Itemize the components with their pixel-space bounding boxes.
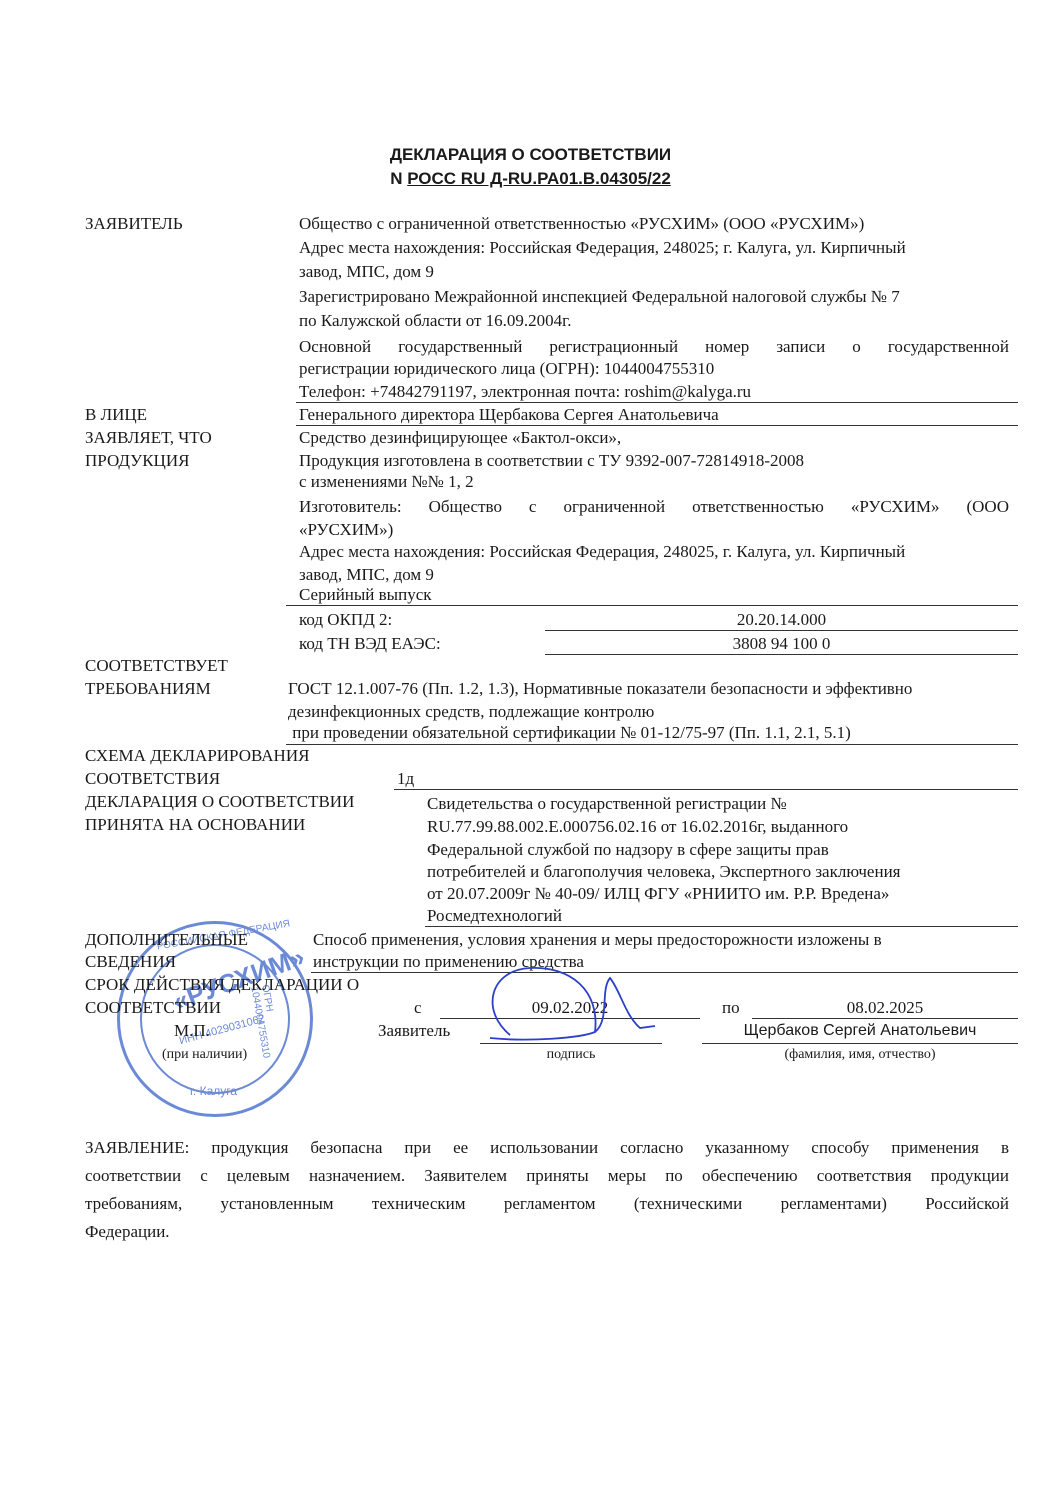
signer-line <box>702 1043 1018 1044</box>
represented-by-value: Генерального директора Щербакова Сергея … <box>299 405 719 425</box>
additional-label-line: ДОПОЛНИТЕЛЬНЫЕ <box>85 930 248 950</box>
valid-to-date: 08.02.2025 <box>752 998 1018 1018</box>
company-seal: РОССИЙСКАЯ ФЕДЕРАЦИЯ ОГРН 1044004755310 … <box>117 921 313 1117</box>
number-value: РОСС RU Д-RU.РА01.В.04305/22 <box>407 169 671 188</box>
okpd-label: код ОКПД 2: <box>299 610 392 630</box>
additional-line: Способ применения, условия хранения и ме… <box>313 930 882 950</box>
okpd-value: 20.20.14.000 <box>545 610 1018 630</box>
product-line: «РУСХИМ») <box>299 520 393 540</box>
signer-name: Щербаков Сергей Анатольевич <box>702 1021 1018 1041</box>
additional-label-line: СВЕДЕНИЯ <box>85 952 176 972</box>
requirements-line: при проведении обязательной сертификации… <box>288 723 851 743</box>
statement-line: ЗАЯВЛЕНИЕ: продукция безопасна при ее ис… <box>85 1138 1009 1158</box>
scheme-value: 1д <box>397 769 414 789</box>
requirements-label-line: СООТВЕТСТВУЕТ <box>85 656 228 676</box>
applicant-line: по Калужской области от 16.09.2004г. <box>299 311 571 331</box>
requirements-line: ГОСТ 12.1.007-76 (Пп. 1.2, 1.3), Нормати… <box>288 679 912 699</box>
divider <box>286 744 1018 745</box>
applicant-label: ЗАЯВИТЕЛЬ <box>85 214 183 234</box>
divider <box>296 425 1018 426</box>
applicant-line: Телефон: +74842791197, электронная почта… <box>299 382 751 402</box>
basis-line: Федеральной службой по надзору в сфере з… <box>427 840 829 860</box>
divider <box>296 402 1018 403</box>
validity-label-line: СРОК ДЕЙСТВИЯ ДЕКЛАРАЦИИ О <box>85 975 359 995</box>
divider <box>545 630 1018 631</box>
statement-line: Федерации. <box>85 1222 170 1242</box>
document-title: ДЕКЛАРАЦИЯ О СООТВЕТСТВИИ <box>0 143 1061 167</box>
product-line: завод, МПС, дом 9 <box>299 565 434 585</box>
basis-line: Росмедтехнологий <box>427 906 562 926</box>
tnved-value: 3808 94 100 0 <box>545 634 1018 654</box>
product-label-line: ПРОДУКЦИЯ <box>85 451 189 471</box>
represented-by-label: В ЛИЦЕ <box>85 405 147 425</box>
divider <box>425 926 1018 927</box>
stamp-label: М.П. <box>174 1021 210 1041</box>
applicant-line: Общество с ограниченной ответственностью… <box>299 214 864 234</box>
divider <box>545 654 1018 655</box>
basis-line: потребителей и благополучия человека, Эк… <box>427 862 901 882</box>
valid-to-label: по <box>722 998 740 1018</box>
scheme-label-line: СХЕМА ДЕКЛАРИРОВАНИЯ <box>85 746 309 766</box>
valid-from-label: с <box>414 998 422 1018</box>
requirements-line: дезинфекционных средств, подлежащие конт… <box>288 702 654 722</box>
scheme-label-line: СООТВЕТСТВИЯ <box>85 769 220 789</box>
product-line: Серийный выпуск <box>299 585 432 605</box>
divider <box>394 789 1018 790</box>
basis-line: RU.77.99.88.002.Е.000756.02.16 от 16.02.… <box>427 817 848 837</box>
applicant-line: Зарегистрировано Межрайонной инспекцией … <box>299 287 900 307</box>
divider <box>752 1018 1018 1019</box>
divider <box>286 605 1018 606</box>
applicant-line: завод, МПС, дом 9 <box>299 262 434 282</box>
number-prefix: N <box>390 169 407 188</box>
product-line: Средство дезинфицирующее «Бактол-окси», <box>299 428 621 448</box>
applicant-line: Адрес места нахождения: Российская Федер… <box>299 238 906 258</box>
product-line: с изменениями №№ 1, 2 <box>299 472 474 492</box>
signer-caption: (фамилия, имя, отчество) <box>702 1045 1018 1065</box>
basis-label-line: ДЕКЛАРАЦИЯ О СООТВЕТСТВИИ <box>85 792 354 812</box>
applicant-line: регистрации юридического лица (ОГРН): 10… <box>299 359 714 379</box>
product-line: Изготовитель: Общество с ограниченной от… <box>299 497 1009 517</box>
basis-line: Свидетельства о государственной регистра… <box>427 794 787 814</box>
seal-city: г. Калуга <box>190 1084 237 1098</box>
basis-line: от 20.07.2009г № 40-09/ ИЛЦ ФГУ «РНИИТО … <box>427 884 889 904</box>
product-label-line: ЗАЯВЛЯЕТ, ЧТО <box>85 428 212 448</box>
product-line: Адрес места нахождения: Российская Федер… <box>299 542 905 562</box>
applicant-sign-label: Заявитель <box>378 1021 450 1041</box>
validity-label-line: СООТВЕТСТВИИ <box>85 998 221 1018</box>
applicant-line: Основной государственный регистрационный… <box>299 337 1009 357</box>
handwritten-signature-icon <box>470 960 670 1050</box>
tnved-label: код ТН ВЭД ЕАЭС: <box>299 634 441 654</box>
product-line: Продукция изготовлена в соответствии с Т… <box>299 451 804 471</box>
basis-label-line: ПРИНЯТА НА ОСНОВАНИИ <box>85 815 305 835</box>
stamp-note: (при наличии) <box>162 1045 247 1065</box>
statement-line: требованиям, установленным техническим р… <box>85 1194 1009 1214</box>
requirements-label-line: ТРЕБОВАНИЯМ <box>85 679 211 699</box>
statement-line: соответствии с целевым назначением. Заяв… <box>85 1166 1009 1186</box>
declaration-number: N РОСС RU Д-RU.РА01.В.04305/22 <box>0 167 1061 191</box>
